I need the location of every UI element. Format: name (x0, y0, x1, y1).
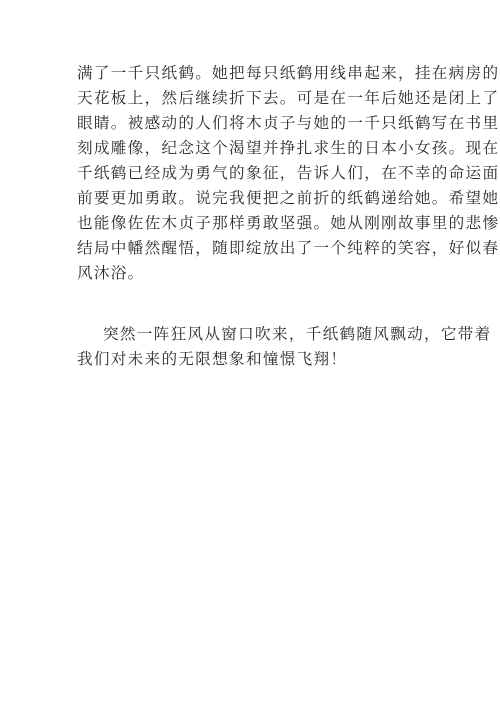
text-line: 也能像佐佐木贞子那样勇敢坚强。她从刚刚故事里的悲惨 (77, 211, 419, 236)
text-line: 天花板上，然后继续折下去。可是在一年后她还是闭上了 (77, 86, 419, 111)
document-page: 满了一千只纸鹤。她把每只纸鹤用线串起来，挂在病房的 天花板上，然后继续折下去。可… (0, 0, 500, 708)
text-line: 满了一千只纸鹤。她把每只纸鹤用线串起来，挂在病房的 (77, 61, 419, 86)
text-line: 前要更加勇敢。说完我便把之前折的纸鹤递给她。希望她 (77, 186, 419, 211)
text-line: 刻成雕像，纪念这个渴望并挣扎求生的日本小女孩。现在， (77, 136, 419, 161)
text-line: 风沐浴。 (77, 261, 419, 286)
text-line: 我们对未来的无限想象和憧憬飞翔！ (77, 347, 419, 372)
text-line: 结局中幡然醒悟，随即绽放出了一个纯粹的笑容，好似春 (77, 236, 419, 261)
paragraph-2: 突然一阵狂风从窗口吹来，千纸鹤随风飘动，它带着 我们对未来的无限想象和憧憬飞翔！ (77, 322, 419, 372)
text-line: 突然一阵狂风从窗口吹来，千纸鹤随风飘动，它带着 (77, 322, 419, 347)
paragraph-1: 满了一千只纸鹤。她把每只纸鹤用线串起来，挂在病房的 天花板上，然后继续折下去。可… (77, 61, 419, 286)
text-line: 千纸鹤已经成为勇气的象征，告诉人们，在不幸的命运面 (77, 161, 419, 186)
text-line: 眼睛。被感动的人们将木贞子与她的一千只纸鹤写在书里， (77, 111, 419, 136)
